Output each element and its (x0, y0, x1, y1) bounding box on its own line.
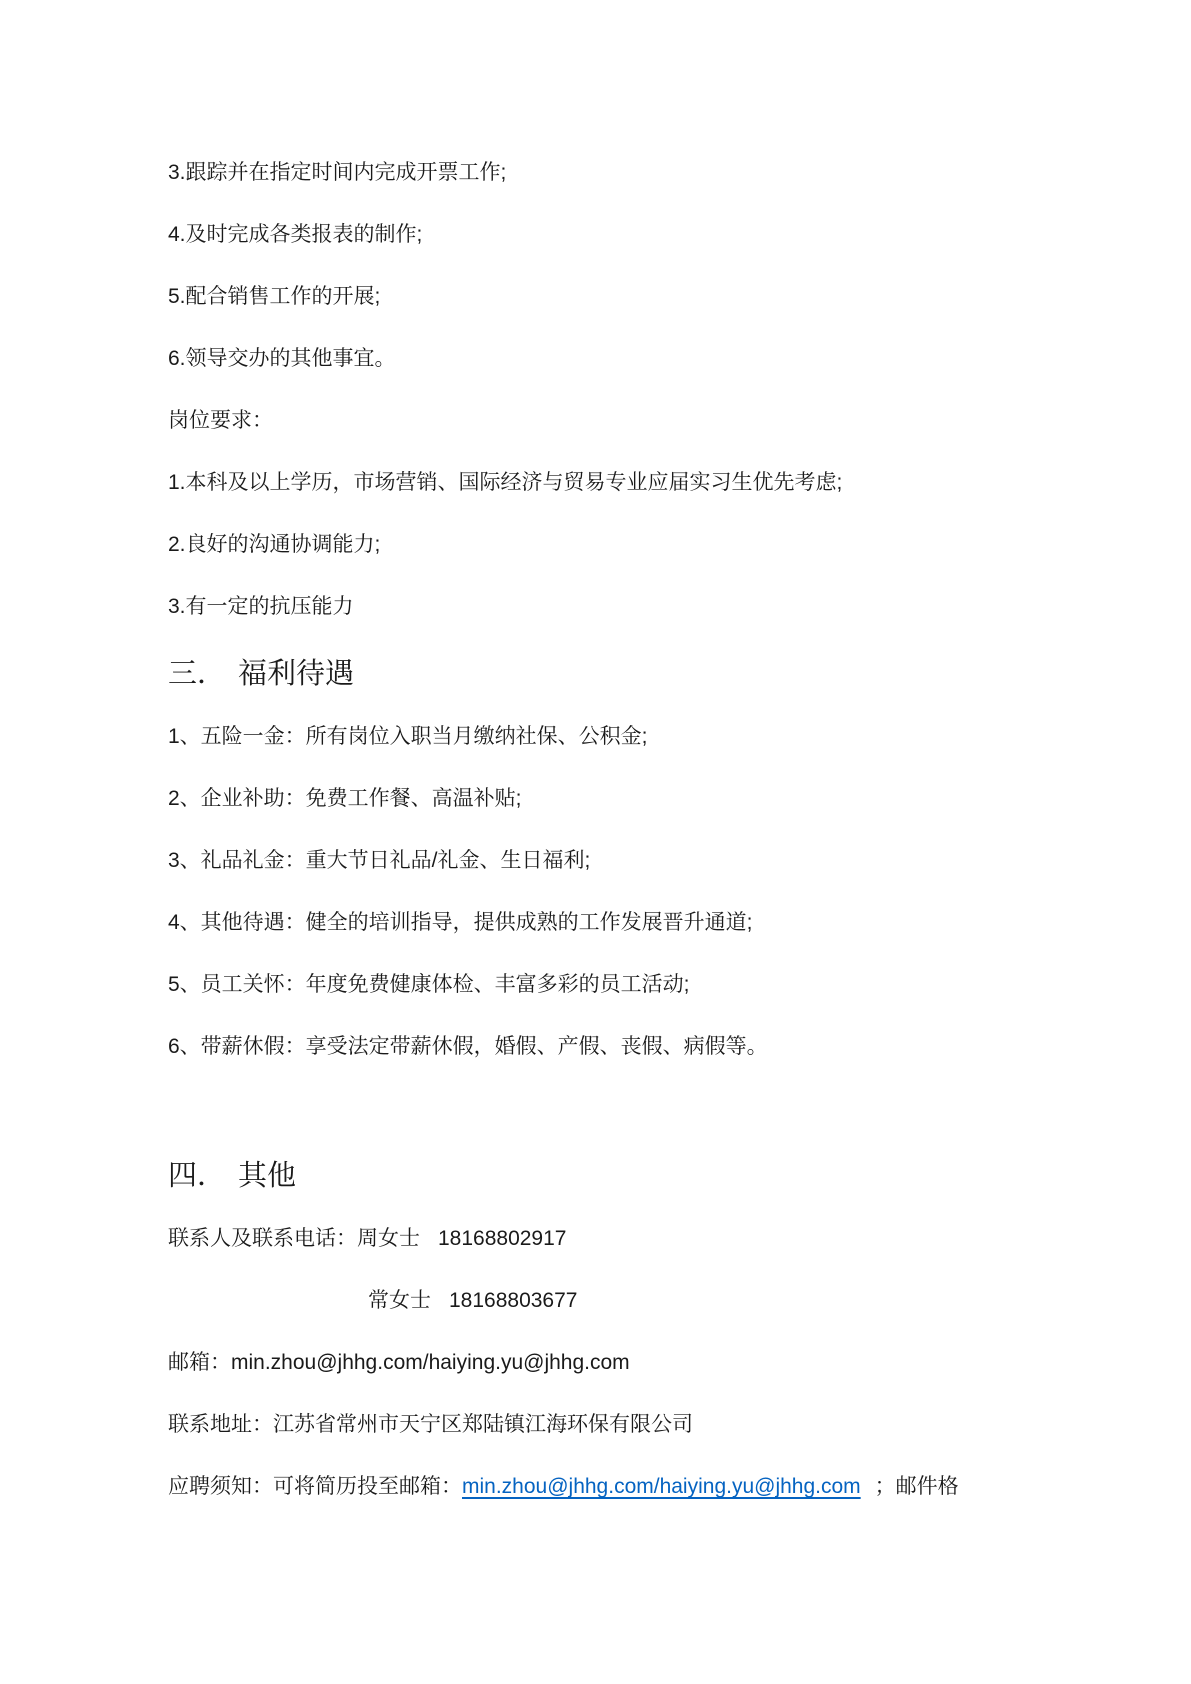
contact-line-1: 联系人及联系电话：周女士18168802917 (168, 1224, 1051, 1254)
contact-name: 周女士 (357, 1227, 420, 1250)
email-line: 邮箱：min.zhou@jhhg.com/haiying.yu@jhhg.com (168, 1348, 1051, 1378)
apply-label: 应聘须知：可将简历投至邮箱： (168, 1475, 462, 1498)
document-page: 3.跟踪并在指定时间内完成开票工作; 4.及时完成各类报表的制作; 5.配合销售… (0, 0, 1191, 1684)
duty-item: 4.及时完成各类报表的制作; (168, 220, 1051, 250)
contact-line-2: 常女士18168803677 (168, 1286, 1051, 1316)
requirement-item: 3.有一定的抗压能力 (168, 592, 1051, 622)
contact-phone: 18168802917 (438, 1227, 566, 1250)
apply-line: 应聘须知：可将简历投至邮箱：min.zhou@jhhg.com/haiying.… (168, 1472, 1051, 1502)
section-title: 福利待遇 (238, 658, 354, 690)
duty-item: 3.跟踪并在指定时间内完成开票工作; (168, 158, 1051, 188)
benefit-item: 1、五险一金：所有岗位入职当月缴纳社保、公积金; (168, 722, 1051, 752)
apply-suffix: ；邮件格 (875, 1475, 959, 1498)
section-heading-benefits: 三．福利待遇 (168, 654, 1051, 694)
requirement-item: 1.本科及以上学历，市场营销、国际经济与贸易专业应届实习生优先考虑; (168, 468, 1051, 498)
apply-email-link[interactable]: min.zhou@jhhg.com/haiying.yu@jhhg.com (462, 1475, 861, 1498)
duty-item: 5.配合销售工作的开展; (168, 282, 1051, 312)
section-title: 其他 (238, 1160, 296, 1192)
section-number: 四． (168, 1160, 226, 1192)
contact-name: 常女士 (368, 1289, 431, 1312)
address-line: 联系地址：江苏省常州市天宁区郑陆镇江海环保有限公司 (168, 1410, 1051, 1440)
benefit-item: 4、其他待遇：健全的培训指导，提供成熟的工作发展晋升通道; (168, 908, 1051, 938)
requirement-item: 2.良好的沟通协调能力; (168, 530, 1051, 560)
benefit-item: 5、员工关怀：年度免费健康体检、丰富多彩的员工活动; (168, 970, 1051, 1000)
requirements-label: 岗位要求： (168, 406, 1051, 436)
benefit-item: 6、带薪休假：享受法定带薪休假，婚假、产假、丧假、病假等。 (168, 1032, 1051, 1062)
contact-phone: 18168803677 (449, 1289, 577, 1312)
section-heading-other: 四．其他 (168, 1156, 1051, 1196)
benefit-item: 2、企业补助：免费工作餐、高温补贴; (168, 784, 1051, 814)
contact-label: 联系人及联系电话： (168, 1227, 357, 1250)
section-number: 三． (168, 658, 226, 690)
duty-item: 6.领导交办的其他事宜。 (168, 344, 1051, 374)
benefit-item: 3、礼品礼金：重大节日礼品/礼金、生日福利; (168, 846, 1051, 876)
